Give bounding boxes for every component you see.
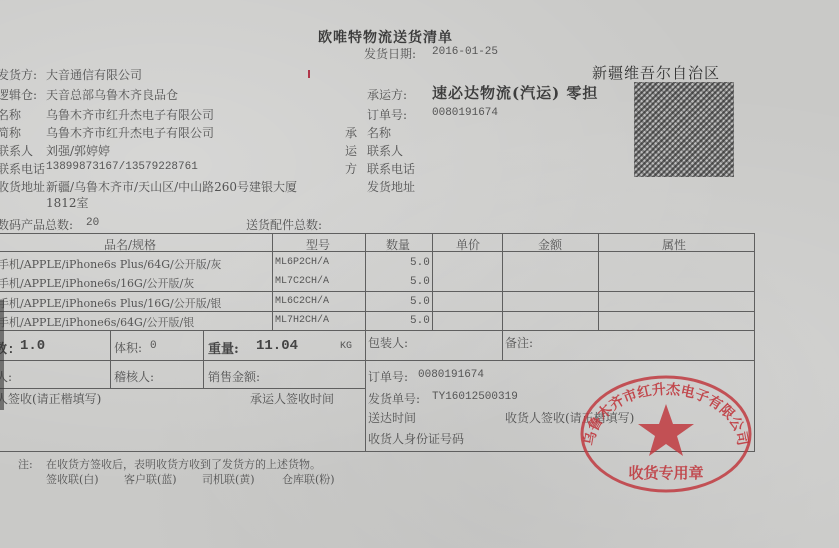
order-no-label-2: 订单号:: [368, 368, 408, 385]
carrier-sign-time-label: 承运人签收时间: [250, 390, 334, 407]
col-header-name: 品名/规格: [104, 236, 156, 253]
warehouse: 天音总部乌鲁木齐良品仓: [46, 86, 178, 103]
receiver-name: 乌鲁木齐市红升杰电子有限公司: [46, 106, 214, 123]
volume-label: 体积:: [114, 339, 142, 356]
qr-code: [634, 82, 734, 177]
warehouse-label: 逻辑仓:: [0, 86, 37, 103]
row-product: 手机/APPLE/iPhone6s/16G/公开版/灰: [0, 275, 194, 291]
arrival-time-label: 送达时间: [368, 409, 416, 426]
address-label: 收货地址: [0, 178, 45, 195]
col-header-qty: 数量: [386, 236, 410, 253]
accessory-total-label: 送货配件总数:: [246, 216, 322, 233]
count-value: 1.0: [20, 338, 45, 354]
row-product: 手机/APPLE/iPhone6s Plus/64G/公开版/灰: [0, 256, 221, 272]
carrier-side-1: 承: [345, 124, 357, 141]
weight-unit: KG: [340, 341, 352, 352]
row-qty: 5.0: [410, 315, 430, 327]
col-header-unit-price: 单价: [456, 236, 480, 253]
copy-warehouse: 仓库联(粉): [282, 471, 335, 487]
ship-date-label: 发货日期:: [364, 45, 416, 62]
note-text: 在收货方签收后，表明收货方收到了发货方的上述货物。: [46, 456, 321, 472]
contact-label: 联系人: [0, 142, 33, 159]
carrier-side-3: 方: [345, 160, 357, 177]
carrier-name: 速必达物流(汽运) 零担: [432, 82, 598, 103]
row-qty: 5.0: [410, 257, 430, 269]
red-mark: [308, 70, 310, 78]
region-label: 新疆维吾尔自治区: [592, 62, 720, 83]
address-line-1: 新疆/乌鲁木齐市/天山区/中山路260号建银大厦: [46, 178, 297, 195]
copy-signoff: 签收联(白): [46, 471, 99, 487]
copy-driver: 司机联(黄): [202, 471, 255, 487]
row-model: ML6P2CH/A: [275, 257, 329, 268]
ship-date: 2016-01-25: [432, 46, 498, 58]
row-model: ML7H2CH/A: [275, 315, 329, 326]
shipper: 大音通信有限公司: [46, 66, 142, 83]
svg-text:收货专用章: 收货专用章: [628, 464, 703, 482]
carrier-side-2: 运: [345, 142, 357, 159]
carrier-name-label: 名称: [367, 124, 391, 141]
name-label: 名称: [0, 106, 21, 123]
phone-label: 联系电话: [0, 160, 45, 177]
page-edge-shadow: [0, 300, 4, 410]
order-no-label: 订单号:: [367, 106, 407, 123]
row-product: 手机/APPLE/iPhone6s Plus/16G/公开版/银: [0, 295, 221, 311]
auditor-label: 稽核人:: [114, 368, 154, 385]
shipper-label: 发货方:: [0, 66, 37, 83]
order-no: 0080191674: [432, 107, 498, 119]
delivery-no: TY16012500319: [432, 391, 518, 403]
contact: 刘强/郭婷婷: [46, 142, 110, 159]
volume-value: 0: [150, 340, 157, 352]
row-model: ML6C2CH/A: [275, 296, 329, 307]
col-header-attr: 属性: [662, 236, 686, 253]
packer-label: 包装人:: [368, 334, 408, 351]
document-title: 欧唯特物流送货清单: [318, 27, 453, 47]
remark-label: 备注:: [505, 334, 533, 351]
carrier-label: 承运方:: [367, 86, 407, 103]
receiver-short-name: 乌鲁木齐市红升杰电子有限公司: [46, 124, 214, 141]
row-product: 手机/APPLE/iPhone6s/64G/公开版/银: [0, 314, 194, 330]
note-label: 注:: [18, 456, 33, 472]
copy-customer: 客户联(蓝): [124, 471, 177, 487]
row-qty: 5.0: [410, 276, 430, 288]
digital-total-label: 数码产品总数:: [0, 216, 73, 233]
address-line-2: 1812室: [46, 194, 89, 211]
phone: 13899873167/13579228761: [46, 161, 198, 173]
sales-amount-label: 销售金额:: [208, 368, 260, 385]
short-name-label: 简称: [0, 124, 21, 141]
carrier-contact-label: 联系人: [367, 142, 403, 159]
digital-total: 20: [86, 217, 99, 229]
receiver-id-label: 收货人身份证号码: [368, 430, 464, 447]
carrier-phone-label: 联系电话: [367, 160, 415, 177]
order-no-2: 0080191674: [418, 369, 484, 381]
col-header-amount: 金额: [538, 236, 562, 253]
row-qty: 5.0: [410, 296, 430, 308]
col-header-model: 型号: [306, 236, 330, 253]
row-model: ML7C2CH/A: [275, 276, 329, 287]
carrier-sign-label: 人签收(请正楷填写): [0, 390, 101, 407]
delivery-no-label: 发货单号:: [368, 390, 420, 407]
carrier-ship-address-label: 发货地址: [367, 178, 415, 195]
star-icon: [638, 404, 694, 456]
company-stamp: 乌鲁木齐市红升杰电子有限公司 收货专用章: [578, 372, 754, 494]
weight-value: 11.04: [256, 338, 298, 354]
weight-label: 重量:: [208, 338, 239, 357]
